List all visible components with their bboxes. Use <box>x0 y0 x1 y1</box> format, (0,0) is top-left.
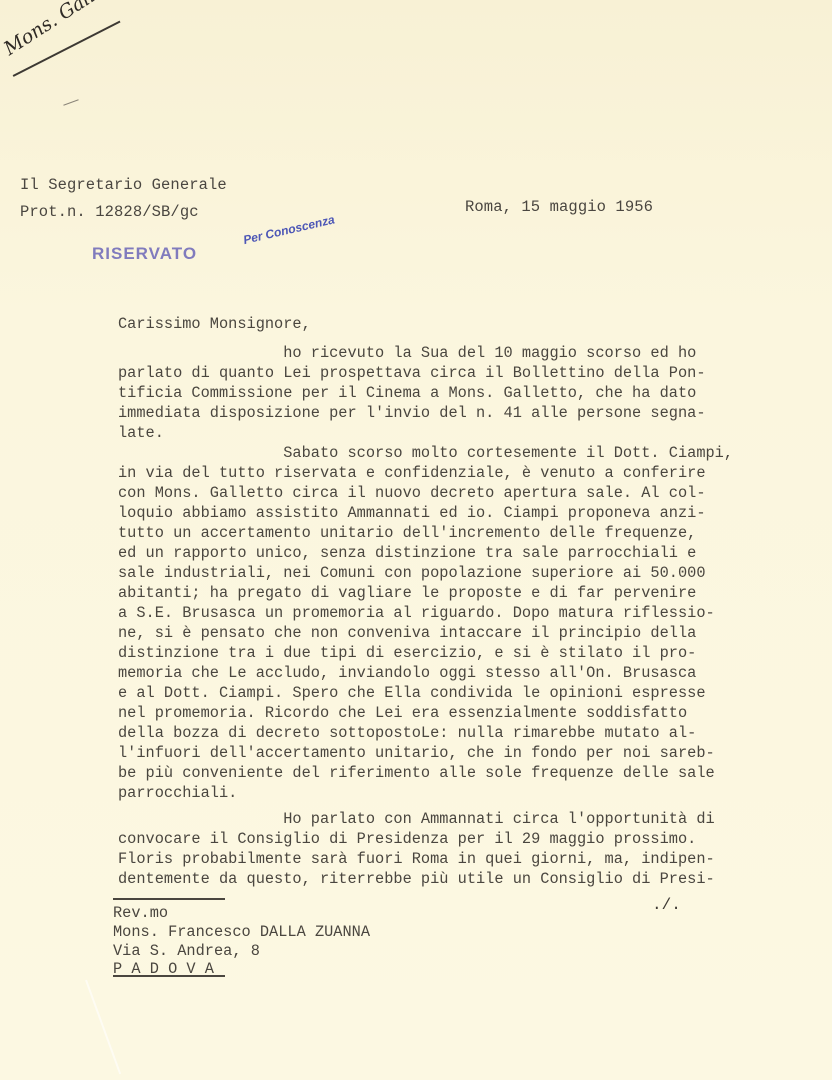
sender-title: Il Segretario Generale <box>20 176 227 194</box>
body-line: con Mons. Galletto circa il nuovo decret… <box>118 484 706 502</box>
body-line: parlato di quanto Lei prospettava circa … <box>118 364 706 382</box>
body-line: be più conveniente del riferimento alle … <box>118 764 715 782</box>
body-line: della bozza di decreto sottopostoLe: nul… <box>118 724 696 742</box>
separator-line <box>113 898 225 900</box>
body-line: nel promemoria. Ricordo che Lei era esse… <box>118 704 687 722</box>
stamp-riservato: RISERVATO <box>92 244 197 264</box>
paper-fold <box>85 980 121 1075</box>
body-line: tificia Commissione per il Cinema a Mons… <box>118 384 696 402</box>
body-line: convocare il Consiglio di Presidenza per… <box>118 830 696 848</box>
pencil-mark <box>63 99 78 105</box>
body-line: e al Dott. Ciampi. Spero che Ella condiv… <box>118 684 706 702</box>
body-line: late. <box>118 424 164 442</box>
body-line: Sabato scorso molto cortesemente il Dott… <box>118 444 733 462</box>
recipient-line-1: Rev.mo <box>113 904 168 922</box>
body-line: immediata disposizione per l'invio del n… <box>118 404 706 422</box>
body-line: ne, si è pensato che non conveniva intac… <box>118 624 696 642</box>
body-line: in via del tutto riservata e confidenzia… <box>118 464 706 482</box>
salutation: Carissimo Monsignore, <box>118 315 311 333</box>
recipient-line-2: Mons. Francesco DALLA ZUANNA <box>113 923 370 941</box>
body-line: abitanti; ha pregato di vagliare le prop… <box>118 584 696 602</box>
body-line: l'infuori dell'accertamento unitario, ch… <box>118 744 715 762</box>
protocol-number: Prot.n. 12828/SB/gc <box>20 203 199 221</box>
body-line: memoria che Le accludo, inviandolo oggi … <box>118 664 696 682</box>
recipient-line-3: Via S. Andrea, 8 <box>113 942 260 960</box>
body-line: a S.E. Brusasca un promemoria al riguard… <box>118 604 715 622</box>
letter-page: Mons. Galletto Il Segretario Generale Pr… <box>0 0 832 1080</box>
body-line: Ho parlato con Ammannati circa l'opportu… <box>118 810 715 828</box>
stamp-per-conoscenza: Per Conoscenza <box>242 212 336 247</box>
body-line: distinzione tra i due tipi di esercizio,… <box>118 644 696 662</box>
body-line: dentemente da questo, riterrebbe più uti… <box>118 870 715 888</box>
body-line: loquio abbiamo assistito Ammannati ed io… <box>118 504 706 522</box>
handwritten-annotation: Mons. Galletto <box>0 0 131 60</box>
city-underline <box>113 975 225 977</box>
body-line: Floris probabilmente sarà fuori Roma in … <box>118 850 715 868</box>
body-line: sale industriali, nei Comuni con popolaz… <box>118 564 706 582</box>
place-date: Roma, 15 maggio 1956 <box>465 198 653 216</box>
body-line: ho ricevuto la Sua del 10 maggio scorso … <box>118 344 696 362</box>
body-line: tutto un accertamento unitario dell'incr… <box>118 524 696 542</box>
continuation-mark: ./. <box>652 896 681 914</box>
body-line: parrocchiali. <box>118 784 237 802</box>
body-line: ed un rapporto unico, senza distinzione … <box>118 544 696 562</box>
